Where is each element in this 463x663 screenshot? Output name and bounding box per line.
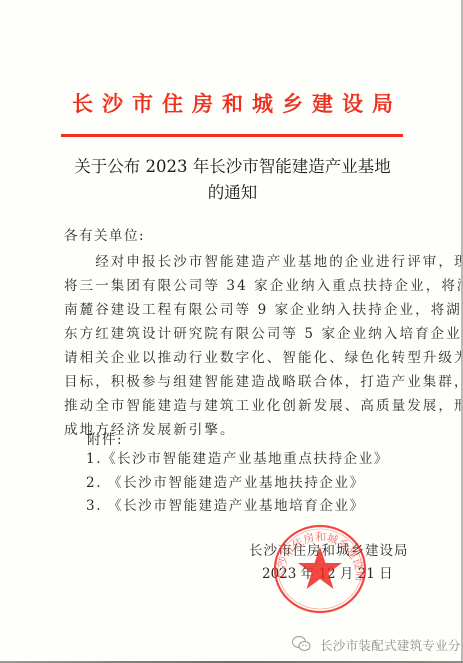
body-line: 目标，积极参与组建智能建造战略联合体，打造产业集群， [64,370,404,390]
title-line-1: 关于公布 2023 年长沙市智能建造产业基地 [60,154,405,180]
document-title: 关于公布 2023 年长沙市智能建造产业基地 的通知 [60,154,405,206]
attachment-item: 2. 《长沙市智能建造产业基地扶持企业》 [86,471,365,491]
wechat-icon [291,634,313,654]
body-line: 东方红建筑设计研究院有限公司等 5 家企业纳入培育企业， [64,322,404,342]
attachment-item: 1.《长沙市智能建造产业基地重点扶持企业》 [86,447,389,467]
attachments-label: 附件: [87,428,123,448]
attachment-item: 3. 《长沙市智能建造产业基地培育企业》 [86,494,365,514]
signer-name: 长沙市住房和城乡建设局 [249,539,409,559]
body-line: 南麓谷建设工程有限公司等 9 家企业纳入扶持企业，将湖南 [64,298,404,318]
watermark-text: 长沙市装配式建筑专业分会 [320,636,463,654]
body-line: 推动全市智能建造与建筑工业化创新发展、高质量发展，形 [64,394,404,414]
agency-header: 长沙市住房和城乡建设局 [72,88,392,118]
red-divider [61,134,403,137]
body-line: 请相关企业以推动行业数字化、智能化、绿色化转型升级为 [64,346,404,366]
title-line-2: 的通知 [60,180,405,206]
body-line: 经对申报长沙市智能建造产业基地的企业进行评审，现 [64,250,404,270]
signature-date: 2023 年 12 月 21 日 [262,562,393,582]
document-page: 长沙市住房和城乡建设局 关于公布 2023 年长沙市智能建造产业基地 的通知 各… [0,0,461,661]
body-line: 将三一集团有限公司等 34 家企业纳入重点扶持企业，将湖 [64,274,404,294]
salutation: 各有关单位: [64,224,145,244]
